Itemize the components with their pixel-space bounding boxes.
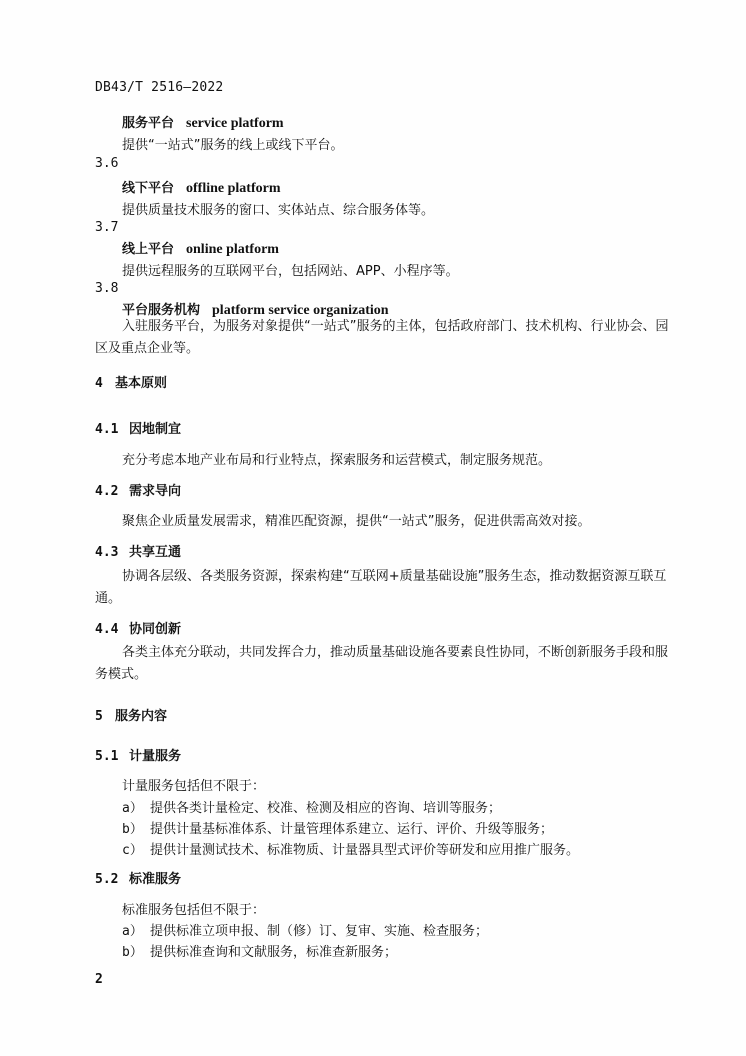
term-title-zh: 线上平台 [122, 242, 174, 257]
section-number: 5 [95, 709, 115, 724]
list-item: a）提供各类计量检定、校准、检测及相应的咨询、培训等服务； [122, 797, 501, 816]
list-text: 提供各类计量检定、校准、检测及相应的咨询、培训等服务； [150, 801, 501, 816]
section-heading-4-2: 4.2需求导向 [95, 480, 181, 499]
section-heading-5: 5服务内容 [95, 705, 167, 724]
list-marker: b） [122, 941, 150, 960]
page-number: 2 [95, 972, 103, 987]
term-title-zh: 服务平台 [122, 116, 174, 131]
section-heading-4: 4基本原则 [95, 372, 167, 391]
section-paragraph: 聚焦企业质量发展需求，精准匹配资源，提供“一站式”服务，促进供需高效对接。 [122, 510, 590, 529]
section-paragraph: 协调各层级、各类服务资源，探索构建“互联网+质量基础设施”服务生态，推动数据资源… [95, 566, 675, 610]
section-title: 协同创新 [129, 622, 181, 637]
term-title-offline-platform: 线下平台offline platform [122, 177, 281, 197]
section-title: 服务内容 [115, 709, 167, 724]
term-title-zh: 线下平台 [122, 181, 174, 196]
section-heading-5-2: 5.2标准服务 [95, 868, 181, 887]
term-title-online-platform: 线上平台online platform [122, 238, 279, 258]
section-title: 因地制宜 [129, 422, 181, 437]
section-heading-4-3: 4.3共享互通 [95, 541, 181, 560]
list-item: a）提供标准立项申报、制（修）订、复审、实施、检查服务； [122, 920, 488, 939]
list-marker: a） [122, 920, 150, 939]
section-heading-5-1: 5.1计量服务 [95, 745, 181, 764]
term-definition: 提供“一站式”服务的线上或线下平台。 [122, 134, 343, 153]
section-heading-4-1: 4.1因地制宜 [95, 418, 181, 437]
section-number: 5.1 [95, 749, 129, 764]
section-number: 4.2 [95, 484, 129, 499]
section-heading-4-4: 4.4协同创新 [95, 618, 181, 637]
list-item: b）提供标准查询和文献服务，标准查新服务； [122, 941, 397, 960]
term-title-service-platform: 服务平台service platform [122, 112, 284, 132]
term-title-en: service platform [186, 116, 284, 131]
section-title: 计量服务 [129, 749, 181, 764]
list-marker: b） [122, 818, 150, 837]
term-definition: 提供质量技术服务的窗口、实体站点、综合服务体等。 [122, 199, 434, 218]
term-number: 3.7 [95, 220, 118, 235]
section-intro: 标准服务包括但不限于： [122, 899, 265, 918]
section-title: 标准服务 [129, 872, 181, 887]
section-number: 4 [95, 376, 115, 391]
section-number: 5.2 [95, 872, 129, 887]
list-text: 提供计量测试技术、标准物质、计量器具型式评价等研发和应用推广服务。 [150, 843, 579, 858]
list-text: 提供标准查询和文献服务，标准查新服务； [150, 945, 397, 960]
term-definition: 入驻服务平台，为服务对象提供“一站式”服务的主体，包括政府部门、技术机构、行业协… [95, 316, 675, 360]
section-number: 4.3 [95, 545, 129, 560]
list-item: b）提供计量基标准体系、计量管理体系建立、运行、评价、升级等服务； [122, 818, 553, 837]
section-title: 共享互通 [129, 545, 181, 560]
list-marker: a） [122, 797, 150, 816]
list-text: 提供标准立项申报、制（修）订、复审、实施、检查服务； [150, 924, 488, 939]
term-number: 3.8 [95, 281, 118, 296]
section-number: 4.4 [95, 622, 129, 637]
section-paragraph: 各类主体充分联动，共同发挥合力，推动质量基础设施各要素良性协同，不断创新服务手段… [95, 642, 675, 686]
section-intro: 计量服务包括但不限于： [122, 775, 265, 794]
term-title-en: offline platform [186, 181, 280, 196]
term-number: 3.6 [95, 156, 118, 171]
list-item: c）提供计量测试技术、标准物质、计量器具型式评价等研发和应用推广服务。 [122, 839, 579, 858]
list-text: 提供计量基标准体系、计量管理体系建立、运行、评价、升级等服务； [150, 822, 553, 837]
section-title: 基本原则 [115, 376, 167, 391]
section-title: 需求导向 [129, 484, 181, 499]
standard-code: DB43/T 2516—2022 [95, 80, 223, 95]
term-title-en: online platform [186, 242, 279, 257]
document-page: DB43/T 2516—2022 服务平台service platform 提供… [0, 0, 746, 1056]
section-paragraph: 充分考虑本地产业布局和行业特点，探索服务和运营模式，制定服务规范。 [122, 449, 551, 468]
section-number: 4.1 [95, 422, 129, 437]
term-definition: 提供远程服务的互联网平台，包括网站、APP、小程序等。 [122, 260, 459, 279]
list-marker: c） [122, 839, 150, 858]
